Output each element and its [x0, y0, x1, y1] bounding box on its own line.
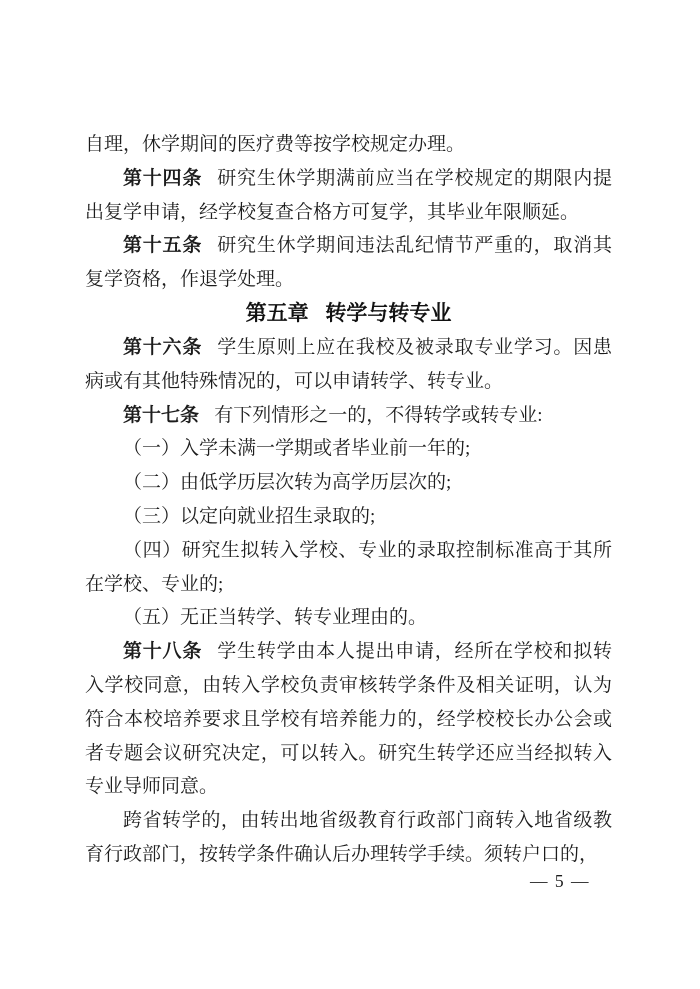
chapter-heading: 第五章转学与转专业 [85, 297, 612, 331]
clause-item-4: （四）研究生拟转入学校、专业的录取控制标准高于其所在学校、专业的; [85, 534, 612, 602]
paragraph-text: 自理，休学期间的医疗费等按学校规定办理。 [85, 134, 465, 155]
article-paragraph-15: 第十五条研究生休学期间违法乱纪情节严重的，取消其复学资格，作退学处理。 [85, 229, 612, 297]
article-number: 第十六条 [123, 337, 202, 358]
clause-item-3: （三）以定向就业招生录取的; [85, 500, 612, 534]
paragraph-text: （三）以定向就业招生录取的; [123, 506, 375, 527]
chapter-number: 第五章 [246, 302, 309, 325]
article-paragraph-18: 第十八条学生转学由本人提出申请，经所在学校和拟转入学校同意，由转入学校负责审核转… [85, 635, 612, 804]
article-number: 第十七条 [123, 405, 199, 426]
paragraph-cross-province: 跨省转学的，由转出地省级教育行政部门商转入地省级教育行政部门，按转学条件确认后办… [85, 804, 612, 872]
paragraph-text: 学生转学由本人提出申请，经所在学校和拟转入学校同意，由转入学校负责审核转学条件及… [85, 641, 612, 797]
paragraph-text: （二）由低学历层次转为高学历层次的; [123, 472, 451, 493]
article-number: 第十四条 [123, 168, 202, 189]
article-number: 第十八条 [123, 641, 202, 662]
article-paragraph-14: 第十四条研究生休学期满前应当在学校规定的期限内提出复学申请，经学校复查合格方可复… [85, 162, 612, 230]
article-paragraph-16: 第十六条学生原则上应在我校及被录取专业学习。因患病或有其他特殊情况的，可以申请转… [85, 331, 612, 399]
chapter-title: 转学与转专业 [325, 302, 451, 325]
document-body: 自理，休学期间的医疗费等按学校规定办理。 第十四条研究生休学期满前应当在学校规定… [85, 128, 612, 872]
paragraph-text: 有下列情形之一的，不得转学或转专业: [214, 405, 542, 426]
page-number: — 5 — [530, 871, 590, 892]
article-paragraph-17: 第十七条有下列情形之一的，不得转学或转专业: [85, 399, 612, 433]
paragraph-text: （一）入学未满一学期或者毕业前一年的; [123, 438, 470, 459]
paragraph-continuation: 自理，休学期间的医疗费等按学校规定办理。 [85, 128, 612, 162]
document-page: 自理，休学期间的医疗费等按学校规定办理。 第十四条研究生休学期满前应当在学校规定… [0, 0, 700, 989]
clause-item-2: （二）由低学历层次转为高学历层次的; [85, 466, 612, 500]
clause-item-5: （五）无正当转学、转专业理由的。 [85, 601, 612, 635]
paragraph-text: （四）研究生拟转入学校、专业的录取控制标准高于其所在学校、专业的; [85, 540, 612, 595]
paragraph-text: （五）无正当转学、转专业理由的。 [123, 607, 427, 628]
clause-item-1: （一）入学未满一学期或者毕业前一年的; [85, 432, 612, 466]
article-number: 第十五条 [123, 235, 202, 256]
paragraph-text: 跨省转学的，由转出地省级教育行政部门商转入地省级教育行政部门，按转学条件确认后办… [85, 810, 612, 865]
